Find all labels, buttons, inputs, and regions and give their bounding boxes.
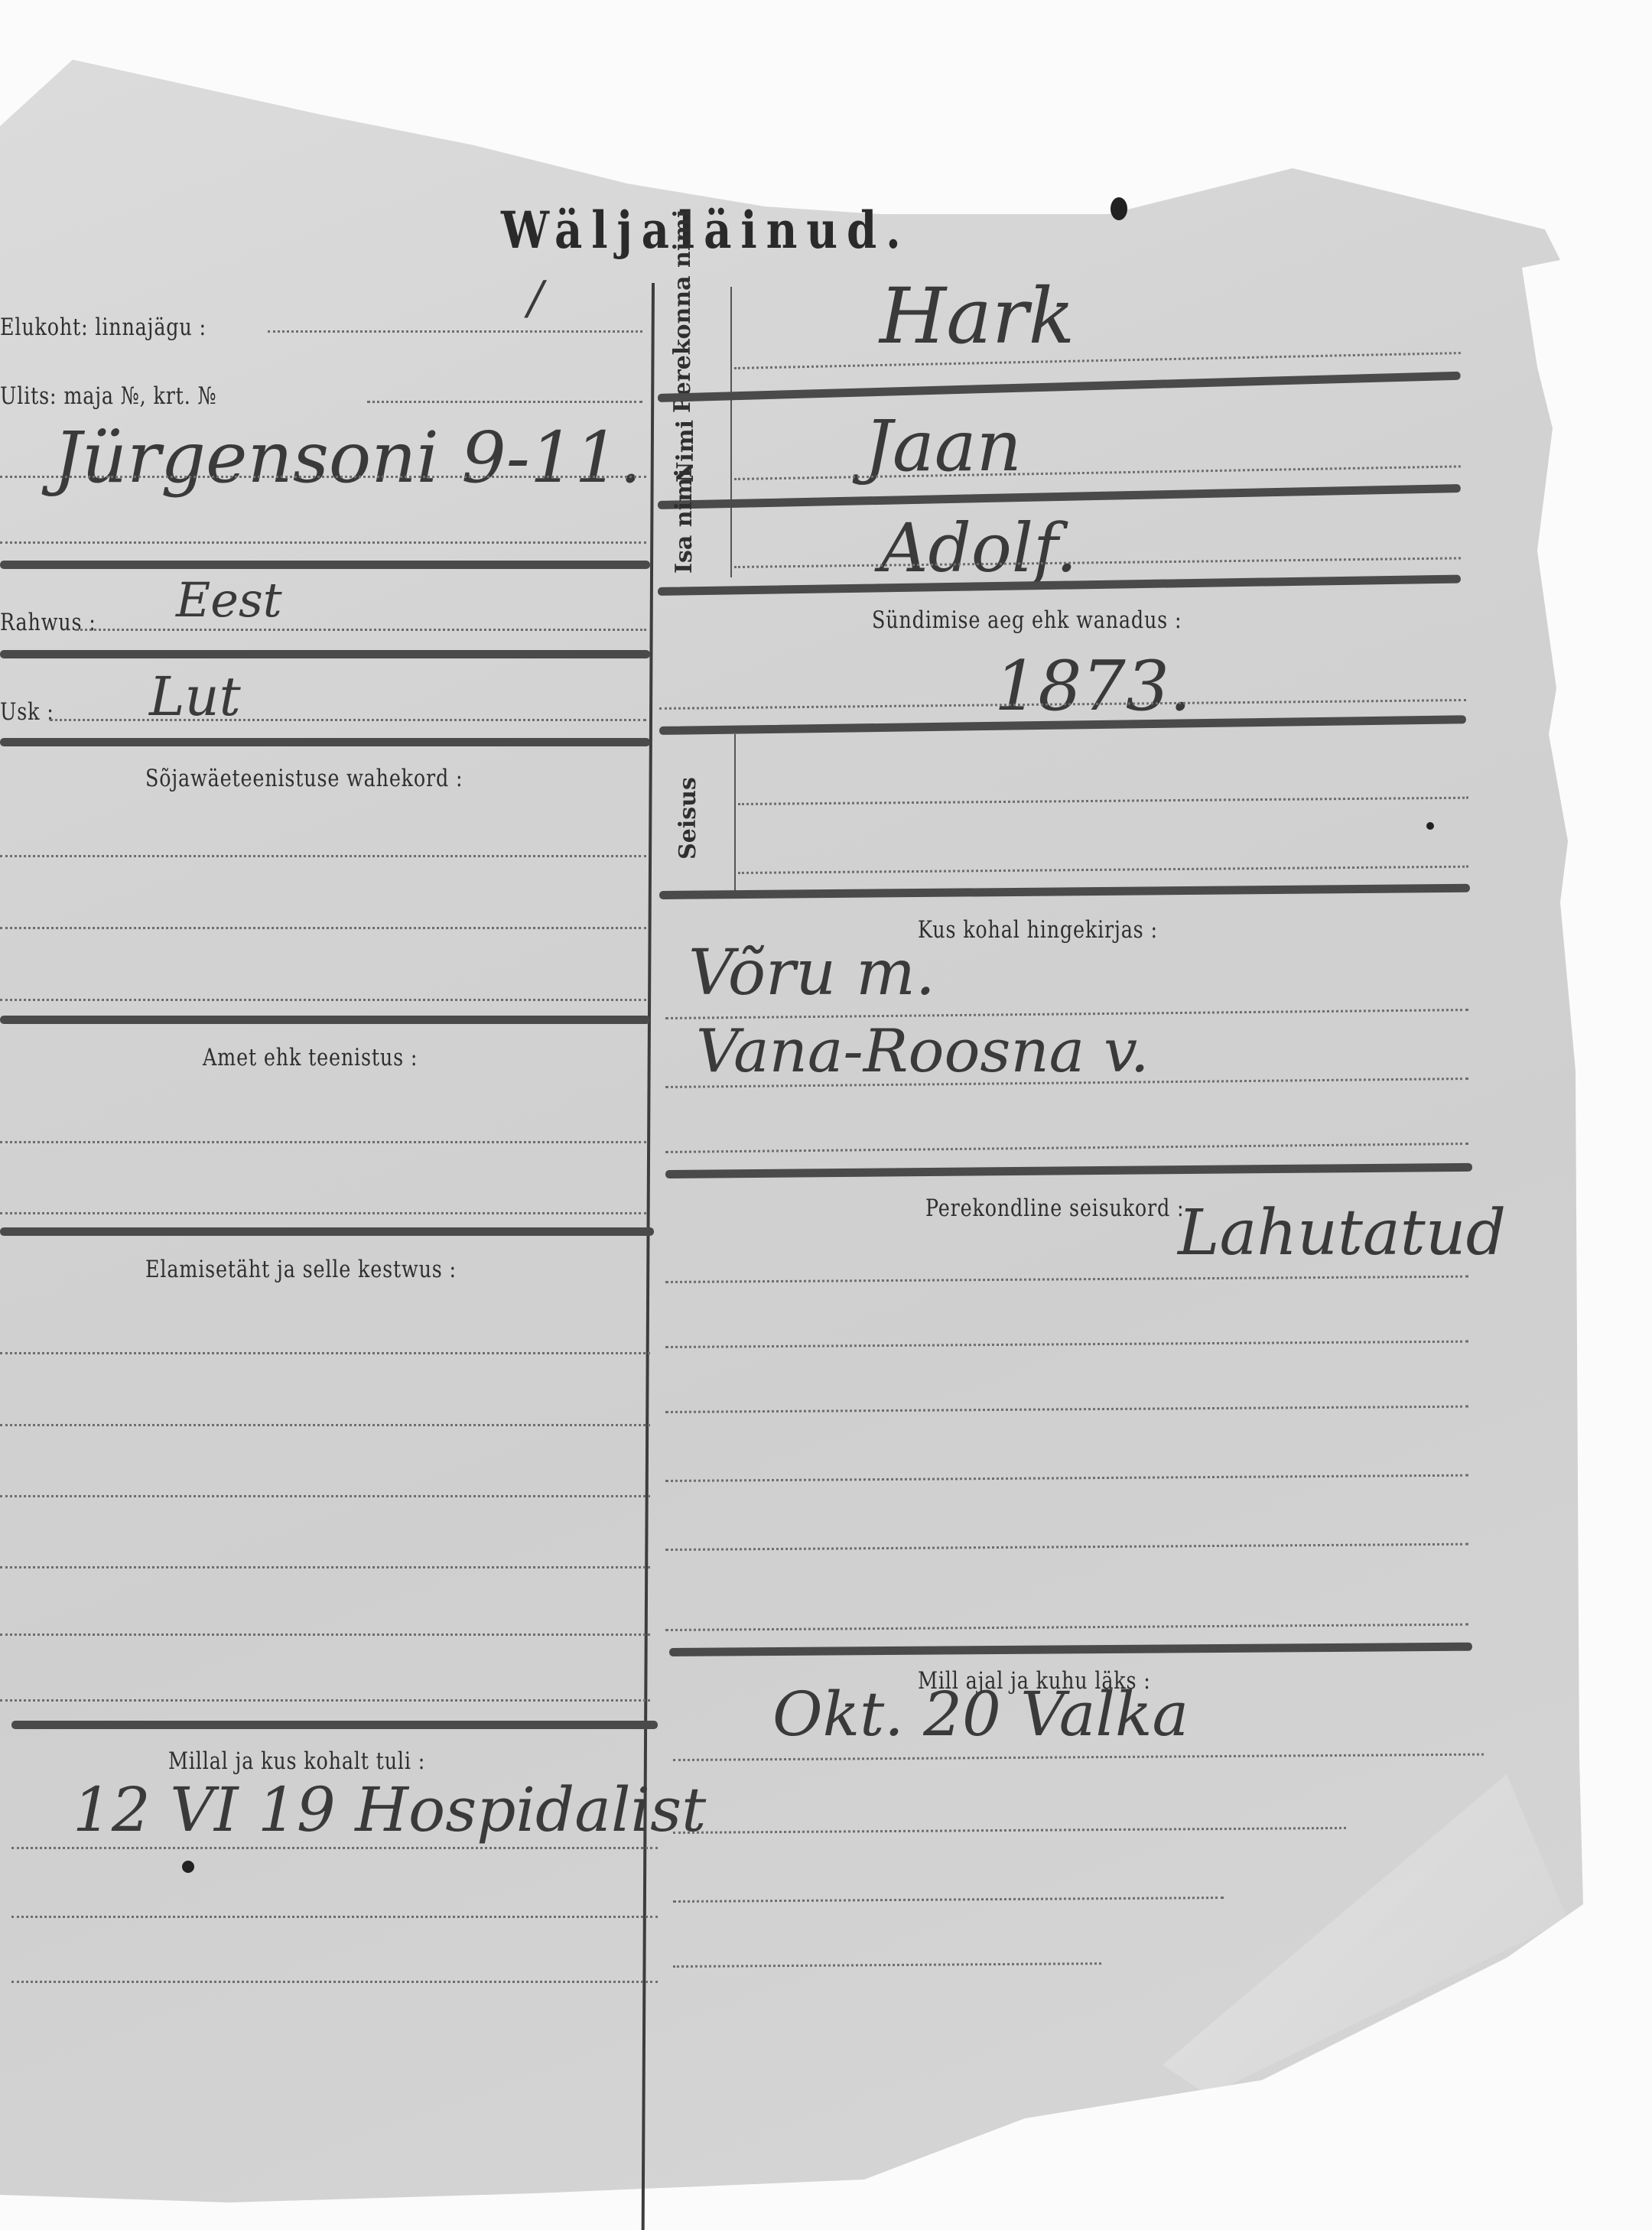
elukoht-label: Elukoht: linnajägu : (0, 314, 206, 341)
perekonna-nimi-value: Hark (880, 271, 1075, 361)
rahwus-line (76, 629, 646, 631)
sojawae-line-2 (0, 927, 646, 929)
rahwus-label: Rahwus : (0, 609, 96, 636)
ink-spot (1111, 197, 1127, 220)
millal-tuli-line-3 (11, 1981, 658, 1983)
hingekirjas-label: Kus kohal hingekirjas : (918, 916, 1158, 944)
seisus-label: Seisus (677, 757, 700, 879)
sojawae-line-3 (0, 999, 646, 1001)
form-title: Wäljaläinud. (501, 200, 910, 260)
section-rule (0, 561, 650, 569)
ink-spot (182, 1861, 194, 1873)
hingekirjas-value-1: Võru m. (688, 937, 935, 1009)
section-rule (0, 738, 650, 746)
name-label-divider (730, 287, 732, 577)
hingekirjas-value-2: Vana-Roosna v. (696, 1017, 1150, 1086)
elamisetaht-line-2 (0, 1424, 650, 1426)
elamisetaht-line-4 (0, 1566, 650, 1568)
mill-ajal-value: Okt. 20 Valka (772, 1679, 1189, 1750)
ulits-value: Jürgensoni 9-11. (54, 417, 642, 499)
isa-nimi-value: Adolf. (880, 509, 1077, 587)
sojawae-label: Sõjawäeteenistuse wahekord : (145, 765, 463, 792)
millal-tuli-label: Millal ja kus kohalt tuli : (168, 1747, 425, 1775)
ulits-label: Ulits: maja №, krt. № (0, 382, 216, 410)
sundimise-value: 1873. (994, 646, 1192, 727)
elamisetaht-line-5 (0, 1633, 650, 1636)
amet-label: Amet ehk teenistus : (203, 1044, 418, 1071)
usk-line (50, 719, 646, 721)
ink-spot (1426, 822, 1434, 830)
millal-tuli-line-2 (11, 1916, 658, 1918)
millal-tuli-line-1 (11, 1847, 658, 1849)
amet-line-1 (0, 1141, 646, 1143)
section-rule (0, 1016, 650, 1024)
usk-label: Usk : (0, 698, 54, 726)
elamisetaht-line-6 (0, 1699, 650, 1702)
sundimise-label: Sündimise aeg ehk wanadus : (872, 606, 1182, 634)
elamisetaht-line-1 (0, 1352, 650, 1354)
elukoht-value: / (528, 271, 543, 325)
ulits-line (367, 401, 642, 403)
sojawae-line-1 (0, 855, 646, 857)
section-rule (0, 1227, 654, 1236)
millal-tuli-value: 12 VI 19 Hospidalist (73, 1774, 706, 1845)
section-rule (11, 1721, 658, 1729)
ulits-line-3 (0, 541, 646, 544)
usk-value: Lut (149, 665, 241, 728)
rahwus-value: Eest (176, 572, 282, 628)
amet-line-2 (0, 1212, 646, 1214)
elukoht-line (268, 330, 642, 333)
elamisetaht-line-3 (0, 1495, 650, 1497)
section-rule (0, 650, 650, 658)
perekondline-label: Perekondline seisukord : (925, 1195, 1184, 1222)
perekondline-value: Lahutatud (1178, 1197, 1506, 1269)
elamisetaht-label: Elamisetäht ja selle kestwus : (145, 1256, 457, 1283)
ulits-line-2 (0, 476, 646, 478)
seisus-label-divider (734, 734, 736, 895)
isa-nimi-label: Isa nimi (673, 505, 696, 574)
